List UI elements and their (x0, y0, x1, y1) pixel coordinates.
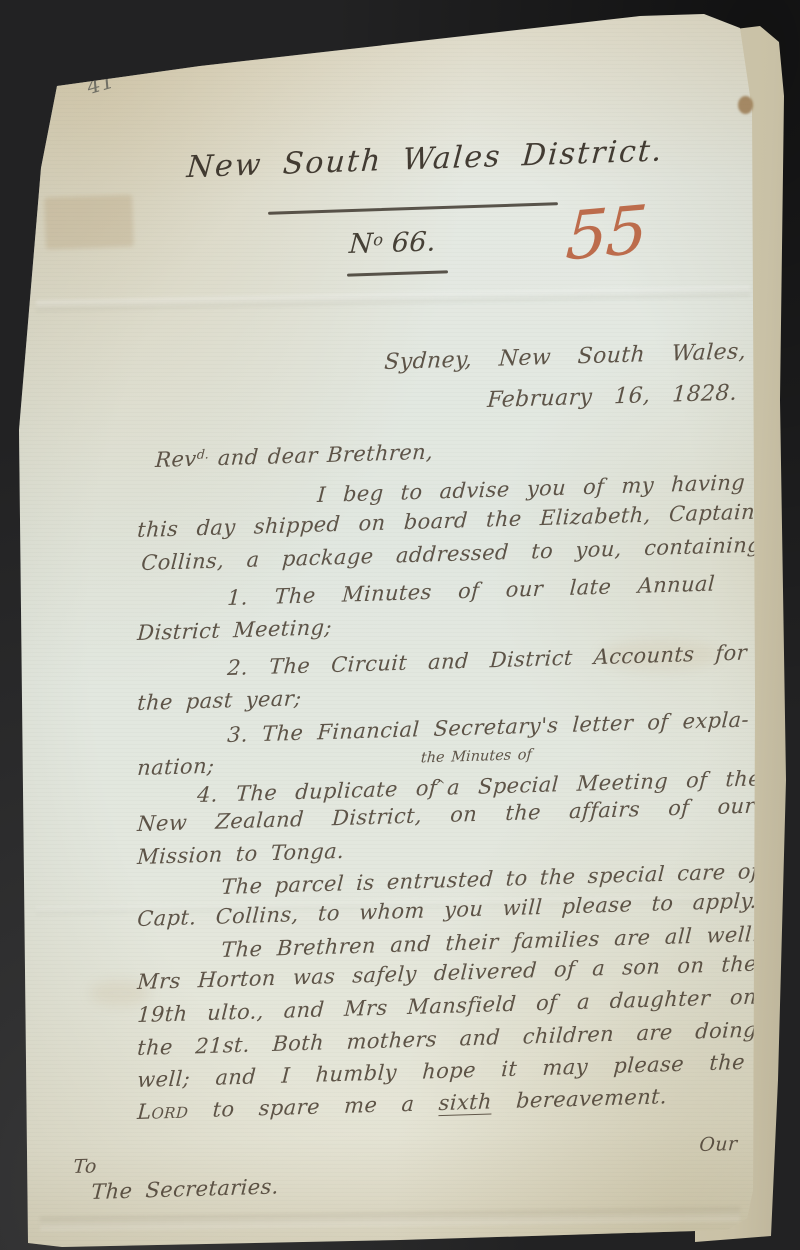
interlineation-text: the Minutes of (420, 747, 532, 766)
fold-crease-bottom (40, 1207, 740, 1231)
header-underline (268, 202, 558, 215)
closing-post: bereavement. (491, 1084, 667, 1113)
pencil-folio-number: 41 (84, 68, 117, 99)
letter-line: 2. The Circuit and District Accounts for (227, 641, 748, 680)
closing-underlined-word: sixth (438, 1089, 493, 1116)
letter-line: District Meeting; (137, 615, 333, 645)
dateline-place: Sydney, New South Wales, (384, 339, 747, 375)
letter-number-post: 66. (382, 226, 437, 259)
letter-line: 1. The Minutes of our late Annual (227, 572, 716, 611)
closing-lord: Lord (137, 1098, 190, 1124)
letter-number-pre: N (348, 228, 374, 260)
interlineation: the Minutes of^ (437, 774, 448, 795)
letter-line: Mission to Tonga. (137, 839, 345, 869)
letter-line: 3. The Financial Secretary's letter of e… (227, 708, 750, 748)
catchword: Our (699, 1133, 738, 1156)
letter-sheet: 41 55 New South Wales District. No 66. S… (0, 0, 800, 1250)
caret-mark: ^ (435, 778, 446, 792)
letter-line-closing: Lord to spare me a sixth bereavement. (137, 1084, 668, 1124)
letter-line: nation; (137, 754, 216, 780)
paper-stain (44, 194, 134, 249)
closing-mid: to spare me a (188, 1091, 440, 1122)
salutation-post: and dear Brethren, (208, 440, 434, 471)
salutation-pre: Rev (155, 447, 198, 472)
letter-line: the past year; (137, 686, 303, 715)
address-recipient: The Secretaries. (91, 1174, 280, 1204)
district-header: New South Wales District. (186, 135, 632, 186)
salutation: Revd. and dear Brethren, (155, 440, 434, 472)
address-to: To (73, 1155, 98, 1178)
letter-number-underline (347, 270, 448, 276)
item4-pre: 4. The duplicate of (196, 776, 437, 807)
red-folio-number: 55 (564, 191, 648, 276)
dateline-date: February 16, 1828. (487, 381, 738, 413)
letter-number: No 66. (348, 226, 437, 260)
scanned-letter-page: 41 55 New South Wales District. No 66. S… (0, 0, 800, 1250)
ink-blot-stain (738, 96, 753, 114)
fold-crease-top (36, 286, 750, 312)
